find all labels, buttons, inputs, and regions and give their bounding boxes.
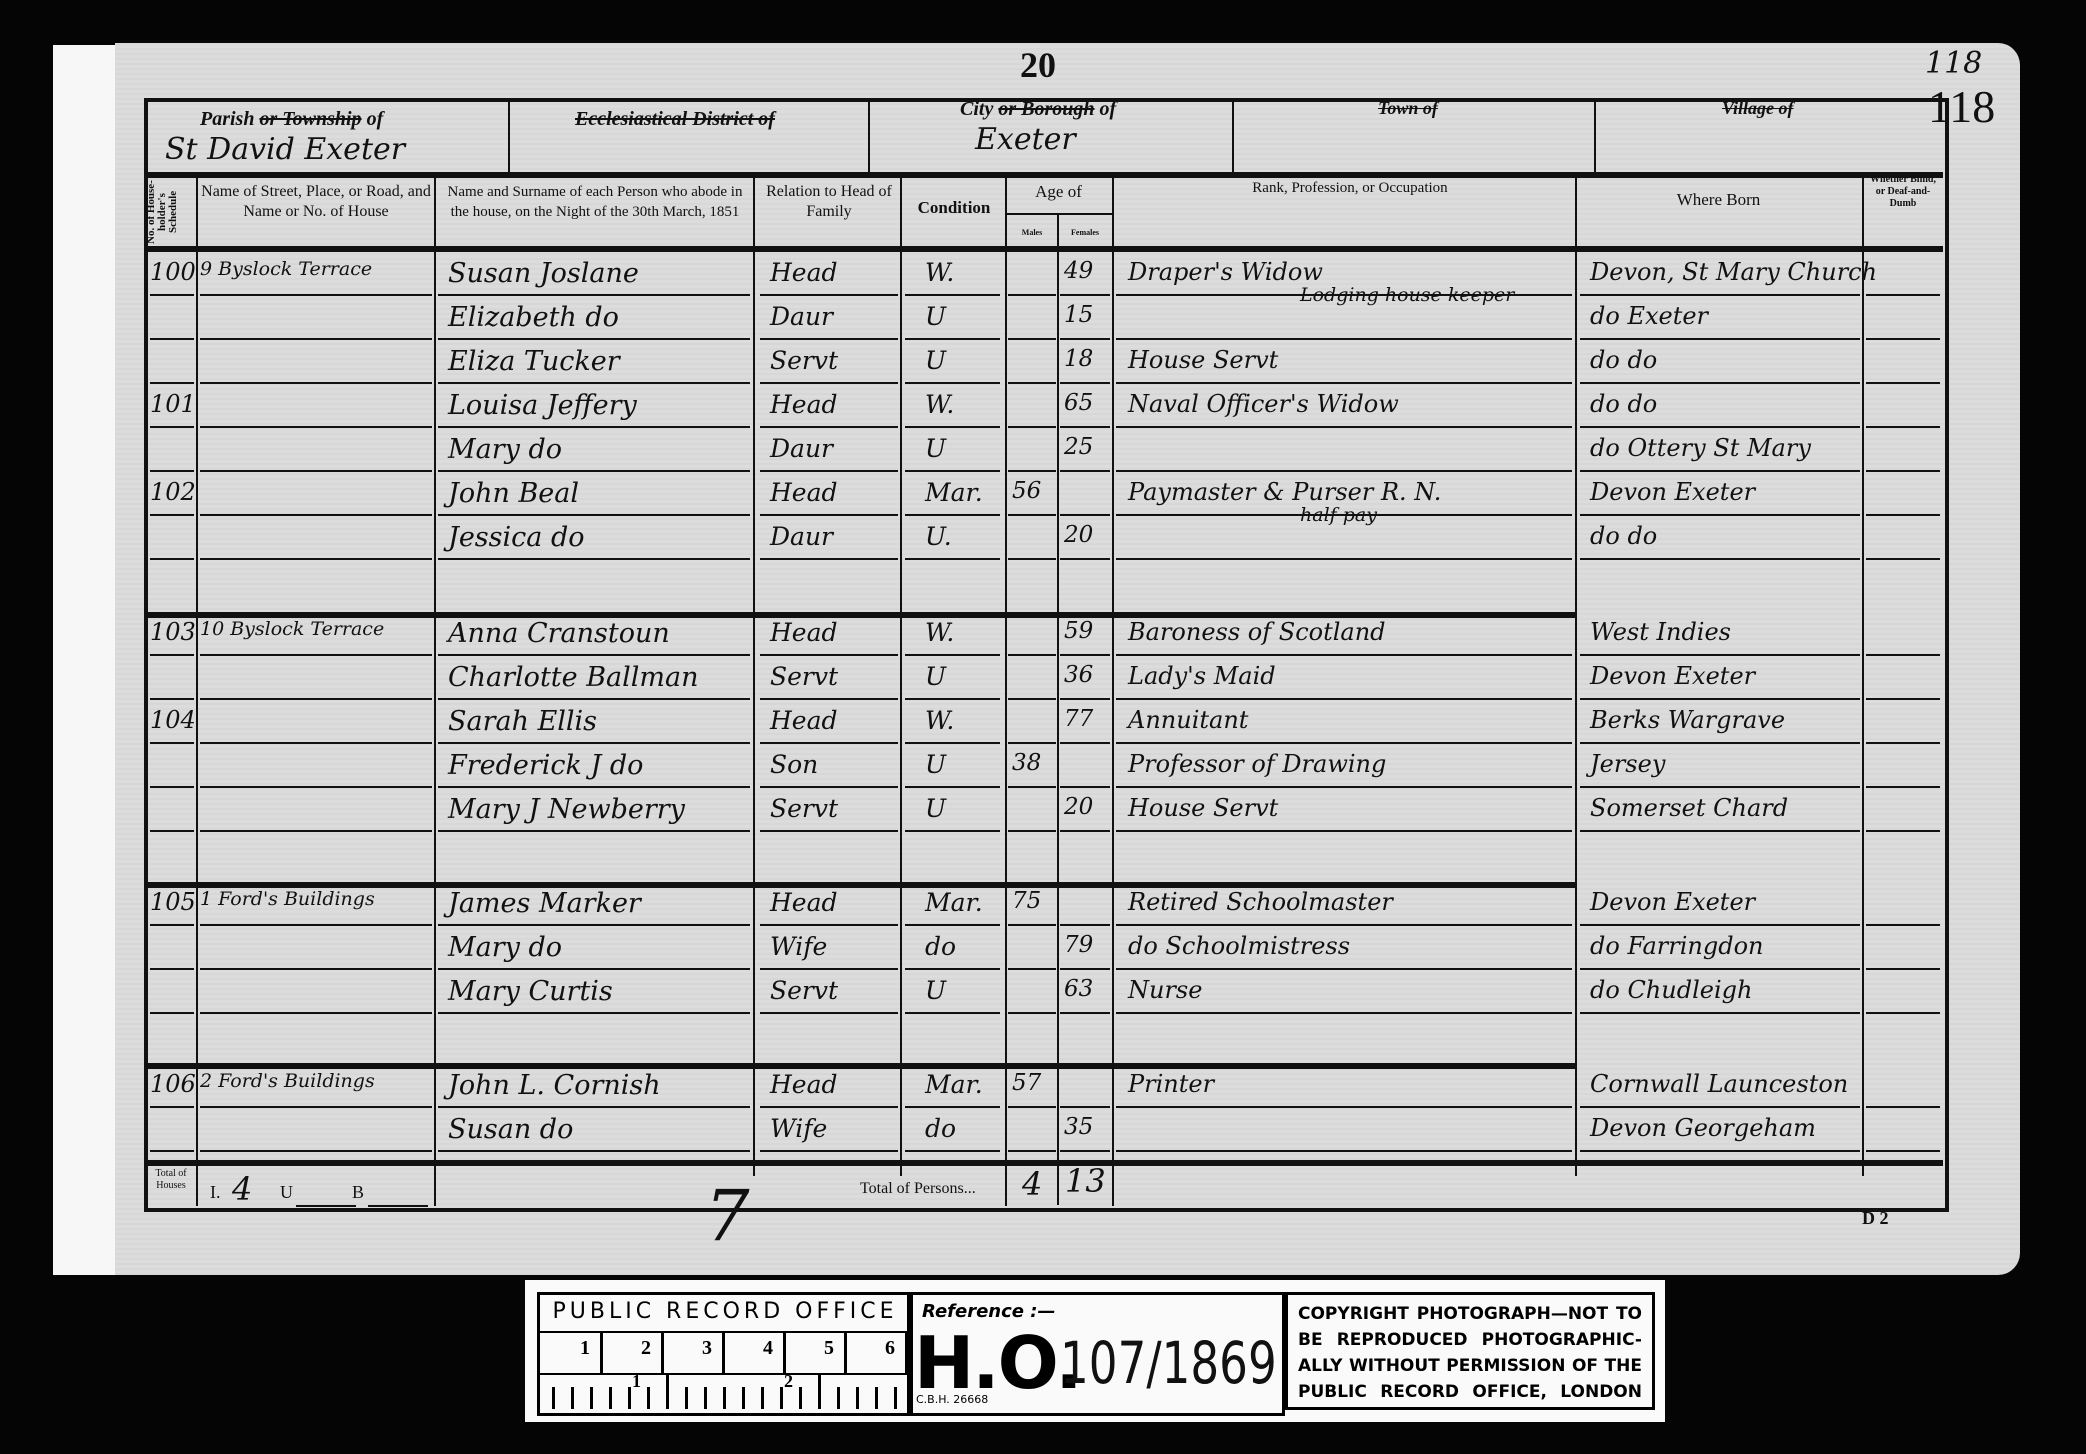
row-rule xyxy=(150,968,194,970)
occupation-continued: Lodging house keeper xyxy=(1300,284,1514,306)
row-rule xyxy=(1008,558,1056,560)
row-rule xyxy=(1866,382,1940,384)
person-name: Mary do xyxy=(448,932,562,963)
relation-to-head: Head xyxy=(770,258,838,287)
marital-condition: W. xyxy=(925,390,954,419)
row-rule xyxy=(438,338,750,340)
row-rule xyxy=(150,924,194,926)
person-name: James Marker xyxy=(448,888,641,919)
row-rule xyxy=(438,742,750,744)
row-rule xyxy=(1580,514,1860,516)
row-rule xyxy=(760,786,898,788)
row-rule xyxy=(150,654,194,656)
row-rule xyxy=(438,968,750,970)
row-rule xyxy=(200,426,432,428)
row-rule xyxy=(200,786,432,788)
ruler-tick xyxy=(590,1387,593,1409)
scale-tick xyxy=(844,1333,847,1373)
schedule-number: 106 xyxy=(150,1070,196,1098)
street-address: 9 Byslock Terrace xyxy=(200,258,372,280)
row-rule xyxy=(438,698,750,700)
ruler-tick xyxy=(647,1387,650,1409)
birthplace: Cornwall Launceston xyxy=(1590,1070,1848,1098)
row-rule xyxy=(1060,514,1110,516)
row-rule xyxy=(150,1012,194,1014)
row-rule xyxy=(1580,558,1860,560)
marital-condition: U xyxy=(925,434,946,463)
col-divider xyxy=(196,176,198,1206)
row-rule xyxy=(200,382,432,384)
occupation: House Servt xyxy=(1128,346,1278,374)
row-rule xyxy=(1866,742,1940,744)
marital-condition: W. xyxy=(925,706,954,735)
occupation: Lady's Maid xyxy=(1128,662,1276,690)
occupation: Retired Schoolmaster xyxy=(1128,888,1393,916)
row-rule xyxy=(438,294,750,296)
relation-to-head: Daur xyxy=(770,522,833,551)
row-rule xyxy=(1060,924,1110,926)
row-rule xyxy=(1580,338,1860,340)
row-rule xyxy=(1116,924,1572,926)
birthplace: Devon Exeter xyxy=(1590,888,1755,916)
relation-to-head: Head xyxy=(770,888,838,917)
scale-tick xyxy=(600,1333,603,1373)
row-rule xyxy=(1008,924,1056,926)
occupation: Baroness of Scotland xyxy=(1128,618,1386,646)
row-rule xyxy=(1580,1106,1860,1108)
marital-condition: U xyxy=(925,794,946,823)
row-rule xyxy=(1866,294,1940,296)
scale-number: 4 xyxy=(763,1337,773,1360)
female-age: 15 xyxy=(1064,302,1093,328)
copyright-line: COPYRIGHT PHOTOGRAPH—NOT TO xyxy=(1298,1301,1642,1327)
female-age: 65 xyxy=(1064,390,1093,416)
row-rule xyxy=(1116,786,1572,788)
scale-tick xyxy=(722,1333,725,1373)
marital-condition: U xyxy=(925,346,946,375)
row-rule xyxy=(1060,558,1110,560)
female-age: 49 xyxy=(1064,258,1093,284)
female-age: 36 xyxy=(1064,662,1093,688)
occupation: House Servt xyxy=(1128,794,1278,822)
row-rule xyxy=(1060,470,1110,472)
row-rule xyxy=(905,382,1000,384)
schedule-number: 104 xyxy=(150,706,196,734)
row-rule xyxy=(1008,1012,1056,1014)
ruler-tick xyxy=(704,1387,707,1409)
marital-condition: U xyxy=(925,662,946,691)
row-rule xyxy=(760,968,898,970)
row-rule xyxy=(905,1012,1000,1014)
occupation: Nurse xyxy=(1128,976,1202,1004)
male-age: 75 xyxy=(1012,888,1041,914)
row-rule xyxy=(150,470,194,472)
female-age: 18 xyxy=(1064,346,1093,372)
cm-scale: 123456 xyxy=(540,1331,910,1375)
row-rule xyxy=(1866,558,1940,560)
males-total: 4 xyxy=(1022,1165,1042,1203)
row-rule xyxy=(438,654,750,656)
row-rule xyxy=(905,786,1000,788)
marital-condition: Mar. xyxy=(925,1070,983,1099)
occupation: Draper's Widow xyxy=(1128,258,1323,286)
row-rule xyxy=(1008,294,1056,296)
household-separator xyxy=(146,882,1576,888)
ruler-tick xyxy=(780,1387,783,1409)
street-address: 1 Ford's Buildings xyxy=(200,888,375,910)
row-rule xyxy=(1580,1150,1860,1152)
row-rule xyxy=(1116,968,1572,970)
row-rule xyxy=(1866,338,1940,340)
ruler-tick xyxy=(628,1387,631,1409)
row-rule xyxy=(1116,1150,1572,1152)
row-rule xyxy=(200,1106,432,1108)
row-rule xyxy=(1116,698,1572,700)
row-rule xyxy=(1060,426,1110,428)
row-rule xyxy=(1116,338,1572,340)
row-rule xyxy=(1580,1012,1860,1014)
row-rule xyxy=(150,338,194,340)
row-rule xyxy=(1866,514,1940,516)
totals-separator xyxy=(146,1160,1943,1166)
row-rule xyxy=(905,470,1000,472)
copyright-notice: COPYRIGHT PHOTOGRAPH—NOT TOBE REPRODUCED… xyxy=(1288,1301,1652,1405)
female-age: 79 xyxy=(1064,932,1093,958)
schedule-number: 103 xyxy=(150,618,196,646)
row-rule xyxy=(905,968,1000,970)
row-rule xyxy=(760,514,898,516)
row-rule xyxy=(1580,786,1860,788)
person-name: Mary J Newberry xyxy=(448,794,685,825)
ruler-box: PUBLIC RECORD OFFICE 123456 12 xyxy=(537,1292,913,1416)
person-name: Charlotte Ballman xyxy=(448,662,699,693)
col-divider xyxy=(1057,215,1059,1205)
male-age: 57 xyxy=(1012,1070,1041,1096)
row-rule xyxy=(1008,382,1056,384)
col-divider xyxy=(753,176,755,1176)
row-rule xyxy=(1008,698,1056,700)
inhabited-count: 4 xyxy=(232,1170,252,1208)
col-divider xyxy=(434,176,436,1206)
col-header-relation: Relation to Head of Family xyxy=(760,182,898,222)
row-rule xyxy=(760,470,898,472)
row-rule xyxy=(1116,1012,1572,1014)
city-value: Exeter xyxy=(975,122,1076,157)
col-divider xyxy=(1005,176,1007,1206)
person-name: Jessica do xyxy=(448,522,585,553)
birthplace: Devon Exeter xyxy=(1590,478,1755,506)
row-rule xyxy=(760,294,898,296)
col-header-condition: Condition xyxy=(904,198,1004,218)
scale-number: 1 xyxy=(580,1337,590,1360)
divider xyxy=(508,100,510,174)
relation-to-head: Servt xyxy=(770,976,838,1005)
female-age: 59 xyxy=(1064,618,1093,644)
row-rule xyxy=(150,558,194,560)
street-address: 10 Byslock Terrace xyxy=(200,618,384,640)
row-rule xyxy=(1008,426,1056,428)
relation-to-head: Head xyxy=(770,390,838,419)
col-header-age: Age of xyxy=(1005,182,1112,202)
row-rule xyxy=(1580,470,1860,472)
row-rule xyxy=(200,968,432,970)
occupation: Naval Officer's Widow xyxy=(1128,390,1399,418)
row-rule xyxy=(438,830,750,832)
row-rule xyxy=(905,1150,1000,1152)
schedule-number: 102 xyxy=(150,478,196,506)
row-rule xyxy=(1060,654,1110,656)
row-rule xyxy=(438,786,750,788)
persons-tally: 7 xyxy=(705,1175,750,1257)
relation-to-head: Servt xyxy=(770,662,838,691)
marital-condition: U xyxy=(925,302,946,331)
copyright-line: PUBLIC RECORD OFFICE, LONDON xyxy=(1298,1379,1642,1405)
ruler-tick xyxy=(894,1387,897,1409)
occupation: Printer xyxy=(1128,1070,1214,1098)
marital-condition: do xyxy=(925,932,956,961)
row-rule xyxy=(1116,382,1572,384)
row-rule xyxy=(760,338,898,340)
marital-condition: Mar. xyxy=(925,478,983,507)
ruler-tick xyxy=(818,1375,821,1409)
person-name: Eliza Tucker xyxy=(448,346,620,377)
row-rule xyxy=(1580,654,1860,656)
row-rule xyxy=(200,1012,432,1014)
copyright-line: BE REPRODUCED PHOTOGRAPHIC- xyxy=(1298,1327,1642,1353)
ruler-tick xyxy=(875,1387,878,1409)
row-rule xyxy=(1008,514,1056,516)
marital-condition: W. xyxy=(925,618,954,647)
person-name: Frederick J do xyxy=(448,750,643,781)
parish-value: St David Exeter xyxy=(165,132,405,167)
row-rule xyxy=(760,558,898,560)
occupation: do Schoolmistress xyxy=(1128,932,1350,960)
scale-tick xyxy=(783,1333,786,1373)
row-rule xyxy=(200,470,432,472)
col-header-occupation: Rank, Profession, or Occupation xyxy=(1250,178,1450,198)
row-rule xyxy=(200,294,432,296)
copyright-box: COPYRIGHT PHOTOGRAPH—NOT TOBE REPRODUCED… xyxy=(1285,1292,1655,1410)
relation-to-head: Daur xyxy=(770,302,833,331)
row-rule xyxy=(1866,426,1940,428)
birthplace: West Indies xyxy=(1590,618,1731,646)
relation-to-head: Daur xyxy=(770,434,833,463)
row-rule xyxy=(150,382,194,384)
scale-tick xyxy=(661,1333,664,1373)
relation-to-head: Son xyxy=(770,750,818,779)
row-rule xyxy=(905,654,1000,656)
occupation: Professor of Drawing xyxy=(1128,750,1386,778)
ruler-tick xyxy=(685,1387,688,1409)
relation-to-head: Servt xyxy=(770,346,838,375)
marital-condition: U xyxy=(925,976,946,1005)
row-rule xyxy=(200,698,432,700)
row-rule xyxy=(1116,742,1572,744)
scale-number: 2 xyxy=(641,1337,651,1360)
row-rule xyxy=(200,654,432,656)
reference-box: Reference :— H.O. 107/1869 C.B.H. 26668 xyxy=(907,1292,1285,1416)
row-rule xyxy=(1866,654,1940,656)
row-rule xyxy=(1866,786,1940,788)
row-rule xyxy=(200,1150,432,1152)
relation-to-head: Servt xyxy=(770,794,838,823)
marital-condition: U xyxy=(925,750,946,779)
inch-scale: 12 xyxy=(540,1375,910,1411)
person-name: Elizabeth do xyxy=(448,302,619,333)
row-rule xyxy=(150,830,194,832)
row-rule xyxy=(1008,1150,1056,1152)
row-rule xyxy=(1116,470,1572,472)
row-rule xyxy=(200,742,432,744)
ruler-tick xyxy=(666,1375,669,1409)
row-rule xyxy=(150,294,194,296)
household-separator xyxy=(146,1063,1576,1069)
birthplace: Devon Georgeham xyxy=(1590,1114,1816,1142)
row-rule xyxy=(1580,924,1860,926)
office-title: PUBLIC RECORD OFFICE xyxy=(540,1299,910,1324)
row-rule xyxy=(200,924,432,926)
col-divider xyxy=(900,176,902,1176)
row-rule xyxy=(150,786,194,788)
male-age: 38 xyxy=(1012,750,1041,776)
row-rule xyxy=(1060,786,1110,788)
row-rule xyxy=(1116,426,1572,428)
town-label: Town of xyxy=(1378,98,1438,119)
row-rule xyxy=(1116,558,1572,560)
birthplace: Devon, St Mary Church xyxy=(1590,258,1877,286)
row-rule xyxy=(1060,830,1110,832)
female-age: 63 xyxy=(1064,976,1093,1002)
row-rule xyxy=(905,426,1000,428)
row-rule xyxy=(1116,1106,1572,1108)
row-rule xyxy=(1580,968,1860,970)
person-name: Anna Cranstoun xyxy=(448,618,670,649)
divider xyxy=(1232,100,1234,174)
ruler-tick xyxy=(571,1387,574,1409)
row-rule xyxy=(905,924,1000,926)
column-header-divider xyxy=(146,246,1943,252)
row-rule xyxy=(905,742,1000,744)
person-name: Sarah Ellis xyxy=(448,706,597,737)
uninhabited-blank xyxy=(296,1205,356,1207)
row-rule xyxy=(1580,382,1860,384)
col-header-name: Name and Surname of each Person who abod… xyxy=(438,182,752,222)
occupation: Annuitant xyxy=(1128,706,1248,734)
col-header-street: Name of Street, Place, or Road, and Name… xyxy=(200,182,432,222)
ruler-tick xyxy=(552,1387,555,1409)
sheet-mark: D 2 xyxy=(1862,1208,1889,1229)
row-rule xyxy=(1866,470,1940,472)
row-rule xyxy=(1060,968,1110,970)
row-rule xyxy=(1580,698,1860,700)
relation-to-head: Head xyxy=(770,618,838,647)
street-address: 2 Ford's Buildings xyxy=(200,1070,375,1092)
birthplace: Jersey xyxy=(1590,750,1665,778)
ruler-tick xyxy=(799,1387,802,1409)
birthplace: do Farringdon xyxy=(1590,932,1763,960)
ruler-tick xyxy=(723,1387,726,1409)
parish-label: Parish or Township of xyxy=(200,108,383,131)
row-rule xyxy=(1866,924,1940,926)
row-rule xyxy=(1060,294,1110,296)
uninhabited-prefix: U xyxy=(280,1182,293,1203)
female-age: 77 xyxy=(1064,706,1093,732)
row-rule xyxy=(760,382,898,384)
row-rule xyxy=(200,558,432,560)
row-rule xyxy=(200,514,432,516)
row-rule xyxy=(1866,1106,1940,1108)
ruler-tick xyxy=(837,1387,840,1409)
total-houses-label: Total of Houses xyxy=(148,1168,194,1192)
female-age: 35 xyxy=(1064,1114,1093,1140)
row-rule xyxy=(1866,1150,1940,1152)
person-name: John L. Cornish xyxy=(448,1070,661,1101)
col-divider xyxy=(1575,176,1577,1176)
row-rule xyxy=(438,382,750,384)
row-rule xyxy=(1008,654,1056,656)
col-header-females: Females xyxy=(1059,228,1111,237)
row-rule xyxy=(200,830,432,832)
row-rule xyxy=(760,654,898,656)
birthplace: do do xyxy=(1590,522,1657,550)
row-rule xyxy=(150,742,194,744)
female-age: 20 xyxy=(1064,522,1093,548)
schedule-number: 101 xyxy=(150,390,196,418)
row-rule xyxy=(150,698,194,700)
person-name: Mary Curtis xyxy=(448,976,613,1007)
inch-number: 1 xyxy=(632,1371,641,1392)
birthplace: do Chudleigh xyxy=(1590,976,1752,1004)
marital-condition: U. xyxy=(925,522,952,551)
row-rule xyxy=(905,294,1000,296)
relation-to-head: Head xyxy=(770,706,838,735)
row-rule xyxy=(1008,1106,1056,1108)
age-subdivider xyxy=(1005,213,1112,215)
row-rule xyxy=(1060,1150,1110,1152)
row-rule xyxy=(1866,968,1940,970)
scale-number: 3 xyxy=(702,1337,712,1360)
row-rule xyxy=(1866,698,1940,700)
marital-condition: Mar. xyxy=(925,888,983,917)
row-rule xyxy=(438,426,750,428)
row-rule xyxy=(905,830,1000,832)
row-rule xyxy=(1580,830,1860,832)
row-rule xyxy=(438,558,750,560)
stamp-code: C.B.H. 26668 xyxy=(916,1393,988,1406)
folio-number: 20 xyxy=(1020,44,1056,86)
schedule-number: 100 xyxy=(150,258,196,286)
row-rule xyxy=(760,698,898,700)
building-prefix: B xyxy=(352,1182,364,1203)
header-divider xyxy=(146,172,1943,178)
row-rule xyxy=(760,1106,898,1108)
row-rule xyxy=(200,338,432,340)
row-rule xyxy=(1060,1106,1110,1108)
ruler-tick xyxy=(742,1387,745,1409)
females-total: 13 xyxy=(1065,1162,1106,1200)
ruler-tick xyxy=(761,1387,764,1409)
row-rule xyxy=(438,1150,750,1152)
divider xyxy=(868,100,870,174)
row-rule xyxy=(760,742,898,744)
row-rule xyxy=(1060,382,1110,384)
row-rule xyxy=(905,1106,1000,1108)
row-rule xyxy=(1008,830,1056,832)
col-divider xyxy=(1862,176,1864,1176)
total-persons-label: Total of Persons... xyxy=(860,1180,976,1198)
schedule-number: 105 xyxy=(150,888,196,916)
inhabited-prefix: I. xyxy=(210,1182,221,1203)
